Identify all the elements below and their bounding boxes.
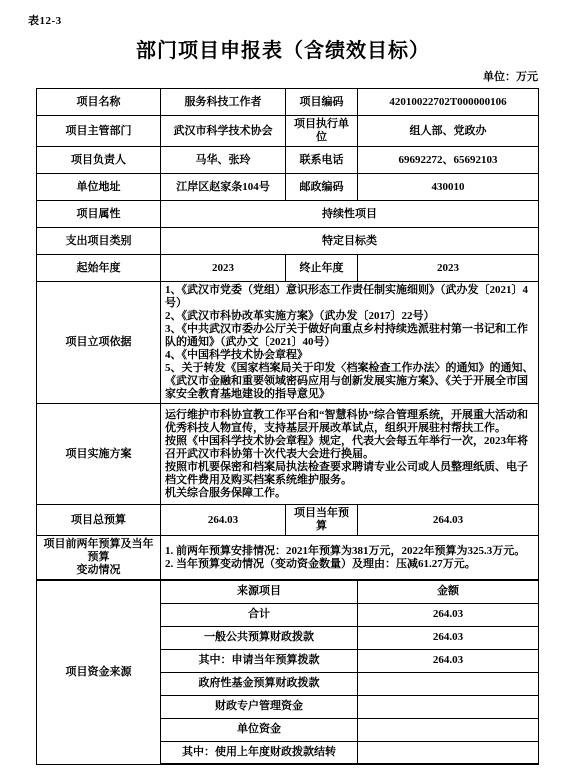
funding-row-source: 其中：使用上年度财政拨款结转 xyxy=(161,741,358,764)
leader-value: 马华、张玲 xyxy=(161,147,286,174)
start-year-value: 2023 xyxy=(161,255,286,282)
phone-value: 69692272、65692103 xyxy=(358,147,539,174)
project-name-label: 项目名称 xyxy=(37,89,161,116)
address-value: 江岸区赵家条104号 xyxy=(161,174,286,201)
current-year-budget-label: 项目当年预算 xyxy=(286,505,358,536)
phone-label: 联系电话 xyxy=(286,147,358,174)
table-row: 项目资金来源 来源项目 金额 xyxy=(37,580,539,603)
postcode-label: 邮政编码 xyxy=(286,174,358,201)
postcode-value: 430010 xyxy=(358,174,539,201)
basis-item: 1、《武汉市党委（党组）意识形态工作责任制实施细则》（武办发〔2021〕4号） xyxy=(165,284,534,310)
current-year-budget-value: 264.03 xyxy=(358,505,539,536)
funding-row-source: 政府性基金预算财政拨款 xyxy=(161,672,358,695)
end-year-value: 2023 xyxy=(358,255,539,282)
funding-row-amount xyxy=(358,718,539,741)
budget-change-item: 1. 前两年预算安排情况：2021年预算为381万元，2022年预算为325.3… xyxy=(165,545,534,558)
form-page: 表12-3 部门项目申报表（含绩效目标） 单位：万元 项目名称 服务科技工作者 … xyxy=(0,0,566,777)
address-label: 单位地址 xyxy=(37,174,161,201)
table-row: 支出项目类别 特定目标类 xyxy=(37,228,539,255)
plan-item: 按照《中国科学技术协会章程》规定，代表大会每五年举行一次，2023年将召开武汉市… xyxy=(165,435,534,461)
funding-row-source: 财政专户管理资金 xyxy=(161,695,358,718)
start-year-label: 起始年度 xyxy=(37,255,161,282)
table-row: 项目属性 持续性项目 xyxy=(37,201,539,228)
expense-category-value: 特定目标类 xyxy=(161,228,539,255)
supervisor-dept-value: 武汉市科学技术协会 xyxy=(161,116,286,147)
basis-label: 项目立项依据 xyxy=(37,282,161,404)
attribute-value: 持续性项目 xyxy=(161,201,539,228)
attribute-label: 项目属性 xyxy=(37,201,161,228)
table-row: 项目负责人 马华、张玲 联系电话 69692272、65692103 xyxy=(37,147,539,174)
unit-note: 单位：万元 xyxy=(483,68,538,84)
funding-row-amount xyxy=(358,672,539,695)
executing-unit-value: 组人部、党政办 xyxy=(358,116,539,147)
table-row: 项目主管部门 武汉市科学技术协会 项目执行单位 组人部、党政办 xyxy=(37,116,539,147)
funding-row-amount: 264.03 xyxy=(358,603,539,626)
funding-row-amount: 264.03 xyxy=(358,626,539,649)
project-name-value: 服务科技工作者 xyxy=(161,89,286,116)
basis-item: 3、《中共武汉市委办公厅关于做好向重点乡村持续选派驻村第一书记和工作队的通知》（… xyxy=(165,323,534,349)
budget-change-item: 2. 当年预算变动情况（变动资金数量）及理由：压减61.27万元。 xyxy=(165,558,534,571)
funding-row-amount: 264.03 xyxy=(358,649,539,672)
plan-content: 运行维护市科协宣教工作平台和“智慧科协”综合管理系统，开展重大活动和优秀科技人物… xyxy=(161,404,539,505)
total-budget-label: 项目总预算 xyxy=(37,505,161,536)
funding-source-label: 项目资金来源 xyxy=(37,580,161,764)
budget-change-content: 1. 前两年预算安排情况：2021年预算为381万元，2022年预算为325.3… xyxy=(161,536,539,581)
table-row: 项目立项依据 1、《武汉市党委（党组）意识形态工作责任制实施细则》（武办发〔20… xyxy=(37,282,539,404)
basis-item: 5、关于转发《国家档案局关于印发〈档案检查工作办法〉的通知》的通知、《武汉市金融… xyxy=(165,362,534,401)
table-row: 项目前两年预算及当年预算 变动情况 1. 前两年预算安排情况：2021年预算为3… xyxy=(37,536,539,581)
funding-row-amount xyxy=(358,695,539,718)
basis-item: 2、《武汉市科协改革实施方案》（武办发〔2017〕22号） xyxy=(165,310,534,323)
end-year-label: 终止年度 xyxy=(286,255,358,282)
basis-content: 1、《武汉市党委（党组）意识形态工作责任制实施细则》（武办发〔2021〕4号） … xyxy=(161,282,539,404)
project-code-label: 项目编码 xyxy=(286,89,358,116)
table-row: 项目总预算 264.03 项目当年预算 264.03 xyxy=(37,505,539,536)
leader-label: 项目负责人 xyxy=(37,147,161,174)
funding-row-source: 一般公共预算财政拨款 xyxy=(161,626,358,649)
table-row: 单位地址 江岸区赵家条104号 邮政编码 430010 xyxy=(37,174,539,201)
funding-row-source: 单位资金 xyxy=(161,718,358,741)
executing-unit-label: 项目执行单位 xyxy=(286,116,358,147)
funding-header-source: 来源项目 xyxy=(161,580,358,603)
page-title: 部门项目申报表（含绩效目标） xyxy=(0,34,566,63)
supervisor-dept-label: 项目主管部门 xyxy=(37,116,161,147)
funding-header-amount: 金额 xyxy=(358,580,539,603)
plan-item: 运行维护市科协宣教工作平台和“智慧科协”综合管理系统，开展重大活动和优秀科技人物… xyxy=(165,409,534,435)
plan-label: 项目实施方案 xyxy=(37,404,161,505)
budget-change-label: 项目前两年预算及当年预算 变动情况 xyxy=(37,536,161,581)
funding-row-amount xyxy=(358,741,539,764)
form-code: 表12-3 xyxy=(28,12,62,28)
table-row: 起始年度 2023 终止年度 2023 xyxy=(37,255,539,282)
plan-item: 机关综合服务保障工作。 xyxy=(165,487,534,500)
total-budget-value: 264.03 xyxy=(161,505,286,536)
application-table: 项目名称 服务科技工作者 项目编码 42010022702T000000106 … xyxy=(36,88,539,765)
project-code-value: 42010022702T000000106 xyxy=(358,89,539,116)
funding-row-source: 合计 xyxy=(161,603,358,626)
expense-category-label: 支出项目类别 xyxy=(37,228,161,255)
table-row: 项目名称 服务科技工作者 项目编码 42010022702T000000106 xyxy=(37,89,539,116)
plan-item: 按照市机要保密和档案局执法检查要求聘请专业公司或人员整理纸质、电子档文件费用及购… xyxy=(165,461,534,487)
funding-row-source: 其中：申请当年预算拨款 xyxy=(161,649,358,672)
basis-item: 4、《中国科学技术协会章程》 xyxy=(165,349,534,362)
table-row: 项目实施方案 运行维护市科协宣教工作平台和“智慧科协”综合管理系统，开展重大活动… xyxy=(37,404,539,505)
